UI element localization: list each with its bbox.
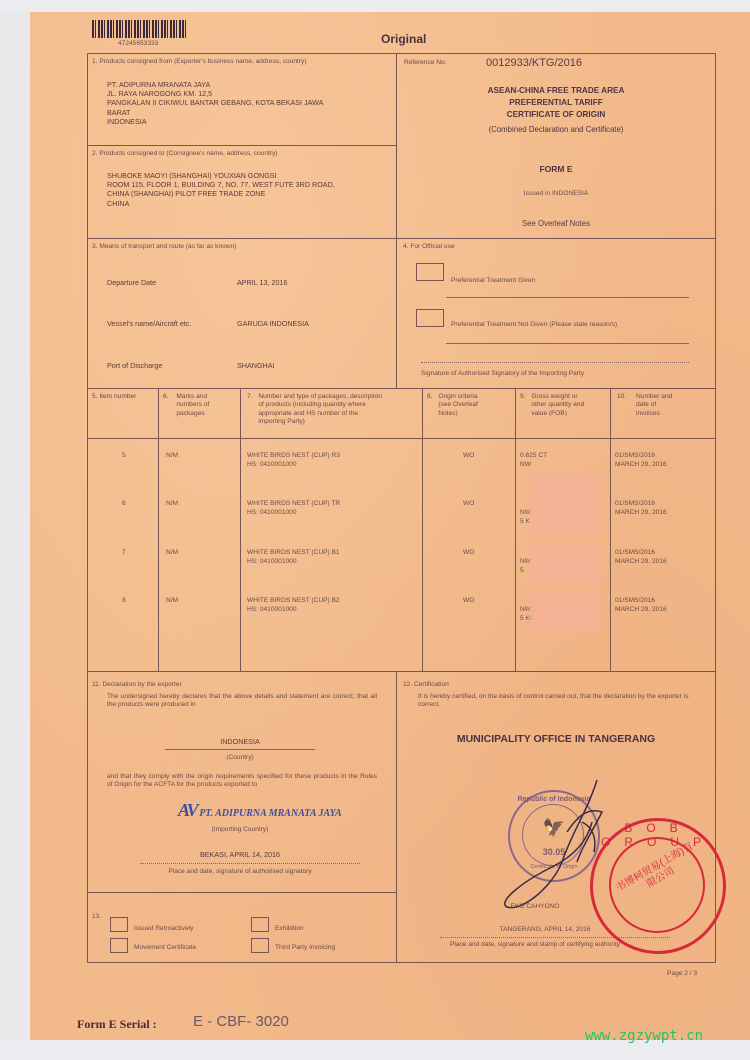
consignee-details: SHUBOKE MAOYI (SHANGHAI) YOUXIAN GONGSI …: [107, 171, 335, 208]
item-description: WHITE BIRDS NEST (CUP) TR: [247, 500, 340, 508]
consignee-country: CHINA: [107, 199, 335, 208]
vessel-label: Vessel's name/Aircraft etc.: [107, 319, 191, 328]
item-origin-criteria: WO: [463, 549, 474, 557]
exporter-address-1: JL. RAYA NAROGONG KM. 12,5: [107, 89, 323, 98]
scan-top-margin: [0, 0, 750, 12]
box12-label: 12. Certification: [403, 681, 449, 689]
importing-country-caption: (Importing Country): [150, 826, 330, 834]
declaration-paragraph-2: and that they comply with the origin req…: [107, 773, 377, 790]
col-header-marks: 6. Marks and numbers of packages: [163, 393, 238, 418]
certifying-office: MUNICIPALITY OFFICE IN TANGERANG: [400, 733, 712, 745]
title-line-1: ASEAN-CHINA FREE TRADE AREA: [400, 85, 712, 97]
redacted-value: [530, 545, 600, 585]
item-invoice-date: MARCH 29, 2016: [615, 461, 667, 469]
exporter-place-date-caption: Place and date, signature of authorised …: [120, 868, 360, 876]
item-invoice-number: 01/SMS/2016: [615, 452, 655, 460]
third-party-invoicing-checkbox[interactable]: [251, 938, 269, 953]
item-origin-criteria: WO: [463, 597, 474, 605]
item-net-weight: 5: [520, 567, 524, 575]
exporter-details: PT. ADIPURNA MRANATA JAYA JL. RAYA NAROG…: [107, 80, 323, 126]
consignee-name: SHUBOKE MAOYI (SHANGHAI) YOUXIAN GONGSI: [107, 171, 335, 180]
box3-label: 3. Means of transport and route (as far …: [92, 243, 236, 251]
company-signature-text: PT. ADIPURNA MRANATA JAYA: [199, 808, 341, 819]
exporter-country: INDONESIA: [107, 117, 323, 126]
barcode: [92, 20, 188, 38]
exporter-address-2: PANGKALAN II CIKIWUL BANTAR GEBANG, KOTA…: [107, 98, 323, 107]
movement-certificate-label: Movement Certificate: [134, 944, 196, 952]
serial-value: E - CBF- 3020: [193, 1013, 289, 1030]
issued-retroactively-checkbox[interactable]: [110, 917, 128, 932]
item-number: 8: [122, 597, 126, 605]
col-header-item: 5. Item number: [92, 393, 156, 401]
page-number: Page 2 / 3: [667, 970, 697, 978]
item-origin-criteria: WO: [463, 452, 474, 460]
col-num: 9.: [520, 393, 526, 400]
redacted-value: [530, 496, 600, 536]
col-num: 10.: [617, 393, 626, 400]
box11-label: 11. Declaration by the exporter: [92, 681, 182, 689]
item-quantity: 0.625 CT: [520, 452, 547, 460]
item-invoice-number: 01/SMS/2016: [615, 597, 655, 605]
exporter-address-3: BARAT: [107, 108, 323, 117]
item-hs-code: HS: 0410001000: [247, 509, 297, 517]
title-line-2: PREFERENTIAL TARIFF: [400, 97, 712, 109]
certifier-place-date-caption: Place and date, signature and stamp of c…: [450, 941, 620, 949]
watermark-url: www.zgzywpt.cn: [585, 1028, 703, 1044]
departure-date-value: APRIL 13, 2016: [237, 278, 287, 287]
item-marks: N/M: [166, 549, 178, 557]
red-stamp-outer-text: BOB GROUP: [593, 821, 723, 849]
certificate-subtitle: (Combined Declaration and Certificate): [400, 124, 712, 136]
item-hs-code: HS: 0410001000: [247, 461, 297, 469]
item-invoice-date: MARCH 29, 2016: [615, 558, 667, 566]
col-text: Gross weight or other quantity and value…: [531, 393, 591, 418]
item-invoice-date: MARCH 29, 2016: [615, 509, 667, 517]
preferential-not-given-label: Preferential Treatment Not Given (Please…: [451, 321, 617, 329]
box2-label: 2. Products consigned to (Consignee's na…: [92, 150, 278, 158]
item-description: WHITE BIRDS NEST (CUP) R3: [247, 452, 340, 460]
item-description: WHITE BIRDS NEST (CUP) B1: [247, 549, 340, 557]
col-num: 7.: [247, 393, 253, 400]
reference-number: 0012933/KTG/2016: [486, 57, 582, 69]
preferential-given-label: Preferential Treatment Given: [451, 277, 535, 285]
importing-signature-label: Signature of Authorised Signatory of the…: [421, 370, 584, 378]
consignee-address-2: CHINA (SHANGHAI) PILOT FREE TRADE ZONE: [107, 189, 335, 198]
redacted-value: [530, 593, 600, 633]
reference-label: Reference No.: [404, 59, 447, 67]
col-header-weight: 9. Gross weight or other quantity and va…: [520, 393, 608, 418]
box4-label: 4. For Official use: [403, 243, 455, 251]
vessel-value: GARUDA INDONESIA: [237, 319, 309, 328]
certification-paragraph: It is hereby certified, on the basis of …: [418, 693, 703, 710]
item-hs-code: HS: 0410001000: [247, 606, 297, 614]
box1-label: 1. Products consigned from (Exporter's b…: [92, 58, 307, 66]
origin-country: INDONESIA: [150, 737, 330, 746]
serial-label: Form E Serial :: [77, 1017, 157, 1032]
company-logo-icon: AV: [178, 800, 197, 820]
declaration-paragraph-1: The undersigned hereby declares that the…: [107, 693, 377, 710]
movement-certificate-checkbox[interactable]: [110, 938, 128, 953]
box13-label: 13.: [92, 913, 101, 921]
company-red-stamp: BOB GROUP 书博柯贸易(上海)有限公司: [590, 818, 726, 954]
item-hs-code: HS: 0410001000: [247, 558, 297, 566]
exporter-name: PT. ADIPURNA MRANATA JAYA: [107, 80, 323, 89]
issued-in: Issued in INDONESIA: [400, 190, 712, 198]
port-label: Port of Discharge: [107, 361, 163, 370]
item-marks: N/M: [166, 597, 178, 605]
col-header-invoice: 10. Number and date of invoices: [617, 393, 712, 418]
exhibition-label: Exhibition: [275, 925, 304, 933]
issued-retroactively-label: Issued Retroactively: [134, 925, 193, 933]
item-origin-criteria: WO: [463, 500, 474, 508]
exhibition-checkbox[interactable]: [251, 917, 269, 932]
preferential-not-given-checkbox[interactable]: [416, 309, 444, 327]
item-net-weight: 5 K: [520, 518, 530, 526]
certifier-place-date: TANGERANG, APRIL 14, 2016: [475, 926, 615, 934]
country-caption: (Country): [150, 754, 330, 762]
item-description: WHITE BIRDS NEST (CUP) B2: [247, 597, 340, 605]
item-number: 5: [122, 452, 126, 460]
item-invoice-number: 01/SMS/2016: [615, 500, 655, 508]
item-number: 7: [122, 549, 126, 557]
col-header-origin: 8. Origin criteria (see Overleaf Notes): [427, 393, 513, 418]
item-invoice-number: 01/SMS/2016: [615, 549, 655, 557]
exporter-place-date: BEKASI, APRIL 14, 2016: [130, 850, 350, 859]
item-marks: N/M: [166, 452, 178, 460]
col-text: Origin criteria (see Overleaf Notes): [438, 393, 490, 418]
certificate-title: ASEAN-CHINA FREE TRADE AREA PREFERENTIAL…: [400, 85, 712, 136]
copy-label: Original: [381, 32, 426, 46]
barcode-number: 47245653333: [118, 40, 158, 48]
item-number: 6: [122, 500, 126, 508]
third-party-invoicing-label: Third Party Invoicing: [275, 944, 335, 952]
col-num: 8.: [427, 393, 433, 400]
col-header-description: 7. Number and type of packages, descript…: [247, 393, 417, 427]
certifier-name: EKO CAHYONO: [480, 903, 590, 911]
col-text: Number and date of invoices: [636, 393, 680, 418]
form-name: FORM E: [400, 164, 712, 174]
col-text: Item number: [99, 393, 139, 401]
col-num: 5.: [92, 393, 98, 400]
departure-date-label: Departure Date: [107, 278, 156, 287]
consignee-address-1: ROOM 115, FLOOR 1, BUILDING 7, NO. 77, W…: [107, 180, 335, 189]
col-num: 6.: [163, 393, 169, 400]
item-marks: N/M: [166, 500, 178, 508]
preferential-given-checkbox[interactable]: [416, 263, 444, 281]
port-value: SHANGHAI: [237, 361, 275, 370]
title-line-3: CERTIFICATE OF ORIGIN: [400, 109, 712, 121]
col-text: Number and type of packages, description…: [258, 393, 386, 427]
item-invoice-date: MARCH 29, 2016: [615, 606, 667, 614]
overleaf-notes: See Overleaf Notes: [400, 219, 712, 228]
item-net-weight-label: NW: [520, 461, 531, 469]
col-text: Marks and numbers of packages: [176, 393, 224, 418]
company-signature-stamp: AV PT. ADIPURNA MRANATA JAYA: [178, 800, 348, 821]
